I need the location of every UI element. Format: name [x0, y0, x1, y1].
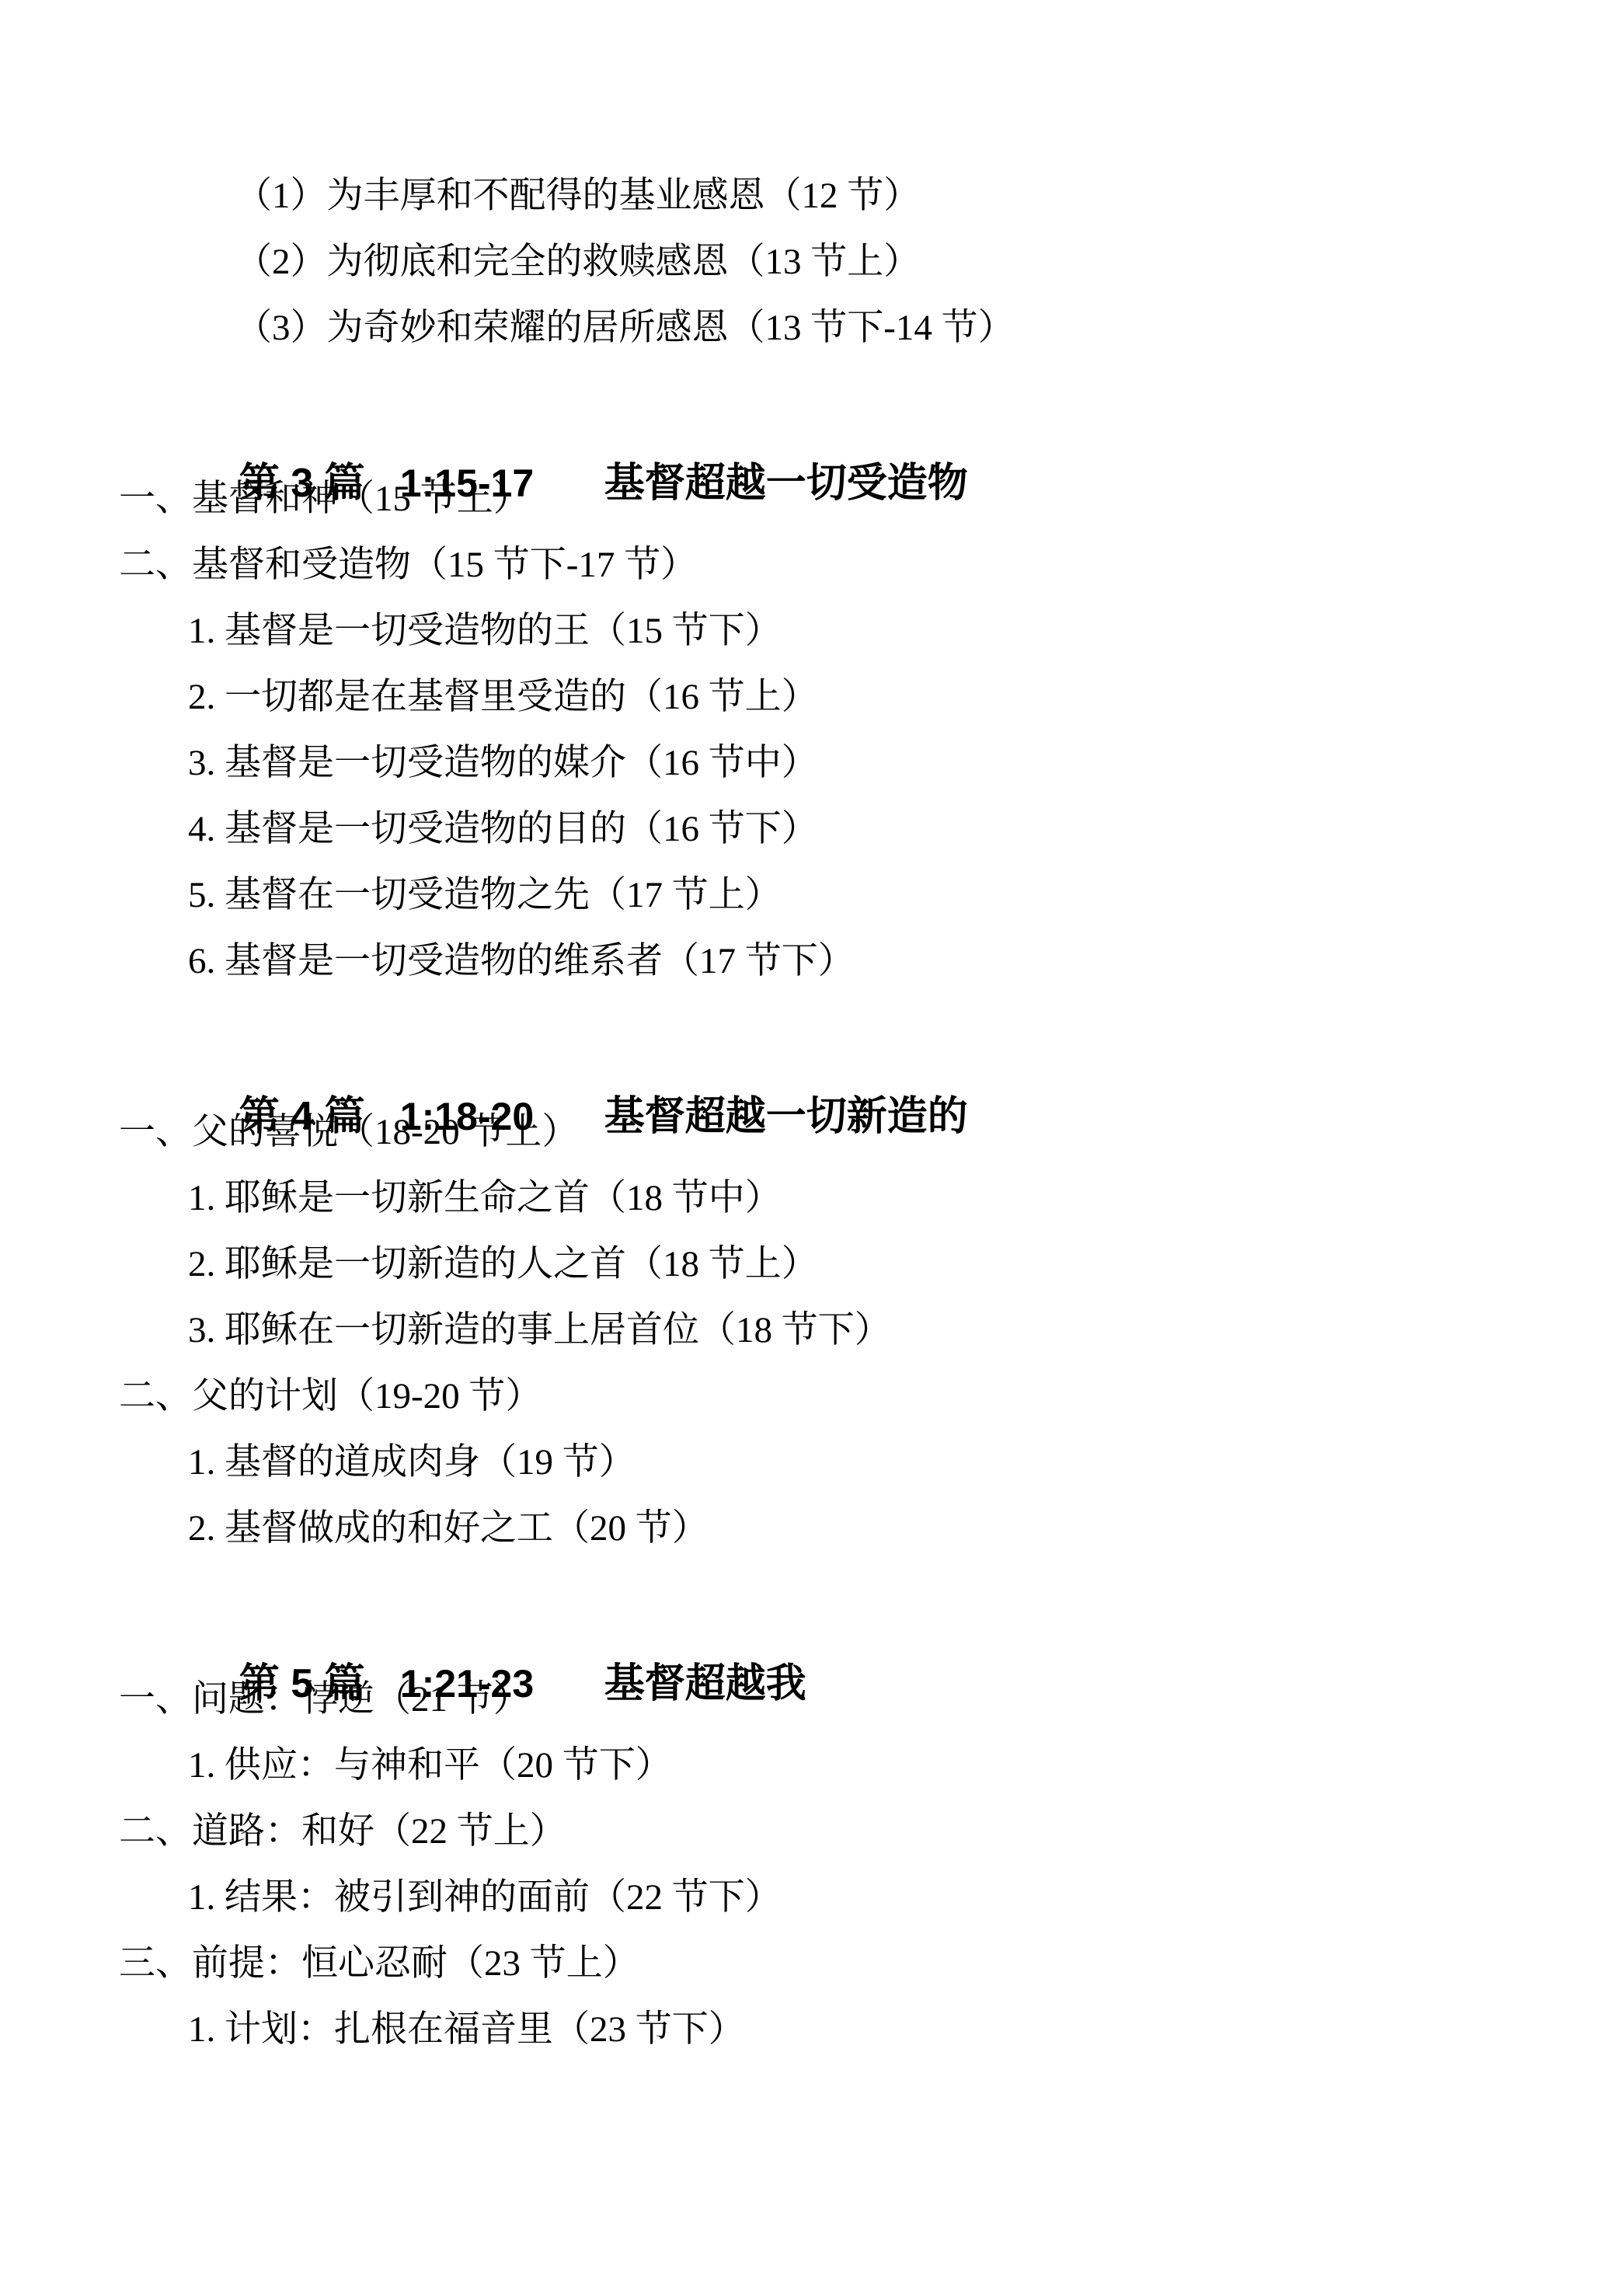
section-title: 基督超越一切受造物	[604, 461, 968, 506]
outline-item: 1. 基督的道成肉身（19 节）	[0, 1430, 1616, 1496]
outline-item: 1. 基督是一切受造物的王（15 节下）	[0, 598, 1616, 664]
outline-item: 4. 基督是一切受造物的目的（16 节下）	[0, 796, 1616, 862]
outline-item: （2）为彻底和完全的救赎感恩（13 节上）	[0, 229, 1616, 295]
outline-item: 三、前提：恒心忍耐（23 节上）	[0, 1931, 1616, 1997]
outline-item: （1）为丰厚和不配得的基业感恩（12 节）	[0, 163, 1616, 229]
outline-item: 5. 基督在一切受造物之先（17 节上）	[0, 862, 1616, 929]
outline-item: 2. 一切都是在基督里受造的（16 节上）	[0, 664, 1616, 730]
outline-item: 3. 耶稣在一切新造的事上居首位（18 节下）	[0, 1298, 1616, 1364]
outline-item: 2. 耶稣是一切新造的人之首（18 节上）	[0, 1232, 1616, 1298]
outline-item: 一、问题：悖逆（21 节）	[0, 1667, 1616, 1733]
outline-item: 1. 结果：被引到神的面前（22 节下）	[0, 1865, 1616, 1931]
outline-item: 2. 基督做成的和好之工（20 节）	[0, 1496, 1616, 1562]
outline-item: 1. 耶稣是一切新生命之首（18 节中）	[0, 1165, 1616, 1232]
outline-item: 二、基督和受造物（15 节下-17 节）	[0, 532, 1616, 598]
outline-item: 二、父的计划（19-20 节）	[0, 1364, 1616, 1430]
section-title: 基督超越一切新造的	[604, 1094, 968, 1139]
outline-item: 1. 供应：与神和平（20 节下）	[0, 1733, 1616, 1799]
section-title: 基督超越我	[604, 1661, 806, 1706]
outline-item: 二、道路：和好（22 节上）	[0, 1799, 1616, 1865]
section-heading: 第 5 篇1:21-23基督超越我	[0, 1585, 1616, 1651]
outline-item: 3. 基督是一切受造物的媒介（16 节中）	[0, 730, 1616, 796]
document-page: （1）为丰厚和不配得的基业感恩（12 节） （2）为彻底和完全的救赎感恩（13 …	[0, 0, 1616, 2296]
section-heading: 第 3 篇1:15-17基督超越一切受造物	[0, 385, 1616, 451]
section-heading: 第 4 篇1:18-20基督超越一切新造的	[0, 1018, 1616, 1084]
outline-item: 1. 计划：扎根在福音里（23 节下）	[0, 1997, 1616, 2063]
outline-item: 6. 基督是一切受造物的维系者（17 节下）	[0, 929, 1616, 995]
outline-item: （3）为奇妙和荣耀的居所感恩（13 节下-14 节）	[0, 295, 1616, 361]
